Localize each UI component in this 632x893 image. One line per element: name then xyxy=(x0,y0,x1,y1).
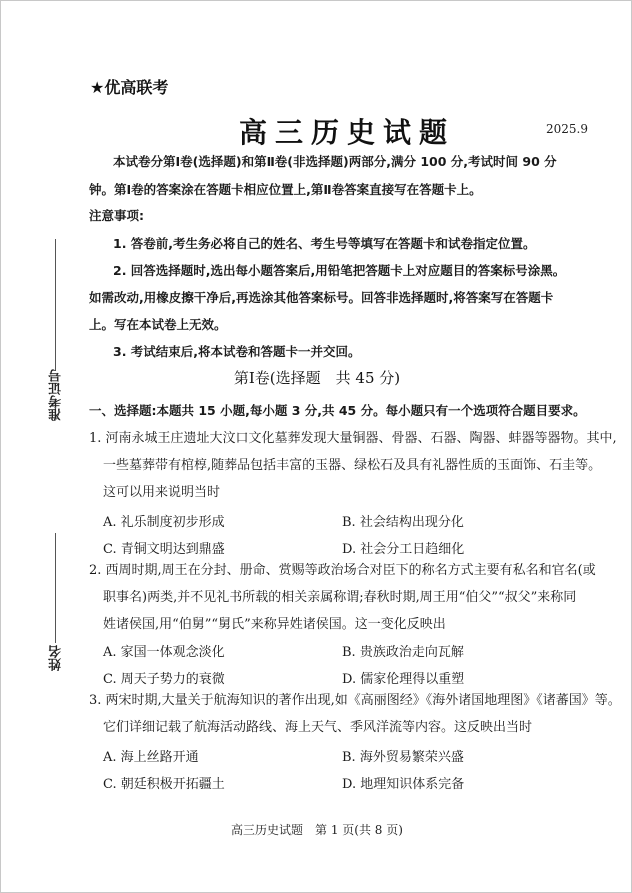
question-1-line-3: 这可以用来说明当时 xyxy=(103,480,220,506)
brand-label: ★优高联考 xyxy=(90,75,168,98)
section-title: 第Ⅰ卷(选择题 共 45 分) xyxy=(1,367,632,388)
notice-item-2-end: 上。写在本试卷上无效。 xyxy=(89,312,227,338)
question-2-option-c: C. 周天子势力的衰微 xyxy=(103,668,225,687)
exam-page: ★优高联考 高三历史试题 2025.9 本试卷分第Ⅰ卷(选择题)和第Ⅱ卷(非选择… xyxy=(0,0,632,893)
notice-item-2-cont: 如需改动,用橡皮擦干净后,再选涂其他答案标号。回答非选择题时,将答案写在答题卡 xyxy=(89,285,553,311)
question-2-line-3: 姓诸侯国,用“伯舅”“舅氏”来称异姓诸侯国。这一变化反映出 xyxy=(103,612,446,638)
question-1-line-2: 一些墓葬带有棺椁,随葬品包括丰富的玉器、绿松石及具有礼器性质的玉面饰、石圭等。 xyxy=(103,453,601,479)
question-1-line-1: 1. 河南永城王庄遗址大汶口文化墓葬发现大量铜器、骨器、石器、陶器、蚌器等器物。… xyxy=(89,426,617,452)
name-label: 姓名 xyxy=(47,645,66,671)
question-3-option-d: D. 地理知识体系完备 xyxy=(342,773,464,792)
question-2-line-2: 职事名)两类,并不见礼书所载的相关亲属称谓;春秋时期,周王用“伯父”“叔父”来称… xyxy=(103,585,576,611)
question-1-option-b: B. 社会结构出现分化 xyxy=(342,511,464,530)
question-2-option-d: D. 儒家伦理得以重塑 xyxy=(342,668,464,687)
question-2-line-1: 2. 西周时期,周王在分封、册命、赏赐等政治场合对臣下的称名方式主要有私名和官名… xyxy=(89,558,596,584)
question-1-option-a: A. 礼乐制度初步形成 xyxy=(103,511,225,530)
question-3-line-1: 3. 两宋时期,大量关于航海知识的著作出现,如《高丽图经》《海外诸国地理图》《诸… xyxy=(89,688,621,714)
question-3-line-2: 它们详细记载了航海活动路线、海上天气、季风洋流等内容。这反映出当时 xyxy=(103,715,532,741)
question-2-option-b: B. 贵族政治走向瓦解 xyxy=(342,641,464,660)
notice-item-1: 1. 答卷前,考生务必将自己的姓名、考生号等填写在答题卡和试卷指定位置。 xyxy=(113,231,536,257)
exam-date: 2025.9 xyxy=(546,122,588,136)
admission-number-line xyxy=(55,239,56,371)
question-1-option-d: D. 社会分工日趋细化 xyxy=(342,538,464,557)
name-line xyxy=(55,533,56,643)
question-3-option-c: C. 朝廷积极开拓疆土 xyxy=(103,773,225,792)
intro-line-1: 本试卷分第Ⅰ卷(选择题)和第Ⅱ卷(非选择题)两部分,满分 100 分,考试时间 … xyxy=(113,149,557,175)
notice-item-3: 3. 考试结束后,将本试卷和答题卡一并交回。 xyxy=(113,339,361,365)
question-2-option-a: A. 家国一体观念淡化 xyxy=(103,641,225,660)
page-footer: 高三历史试题 第 1 页(共 8 页) xyxy=(1,821,632,838)
question-3-option-b: B. 海外贸易繁荣兴盛 xyxy=(342,746,464,765)
notice-item-2: 2. 回答选择题时,选出每小题答案后,用铅笔把答题卡上对应题目的答案标号涂黑。 xyxy=(113,258,565,284)
page-title: 高三历史试题 xyxy=(239,111,455,151)
intro-line-2: 钟。第Ⅰ卷的答案涂在答题卡相应位置上,第Ⅱ卷答案直接写在答题卡上。 xyxy=(89,177,482,203)
section-instruction: 一、选择题:本题共 15 小题,每小题 3 分,共 45 分。每小题只有一个选项… xyxy=(89,398,586,424)
question-1-option-c: C. 青铜文明达到鼎盛 xyxy=(103,538,225,557)
notice-heading: 注意事项: xyxy=(89,203,144,229)
question-3-option-a: A. 海上丝路开通 xyxy=(103,746,199,765)
